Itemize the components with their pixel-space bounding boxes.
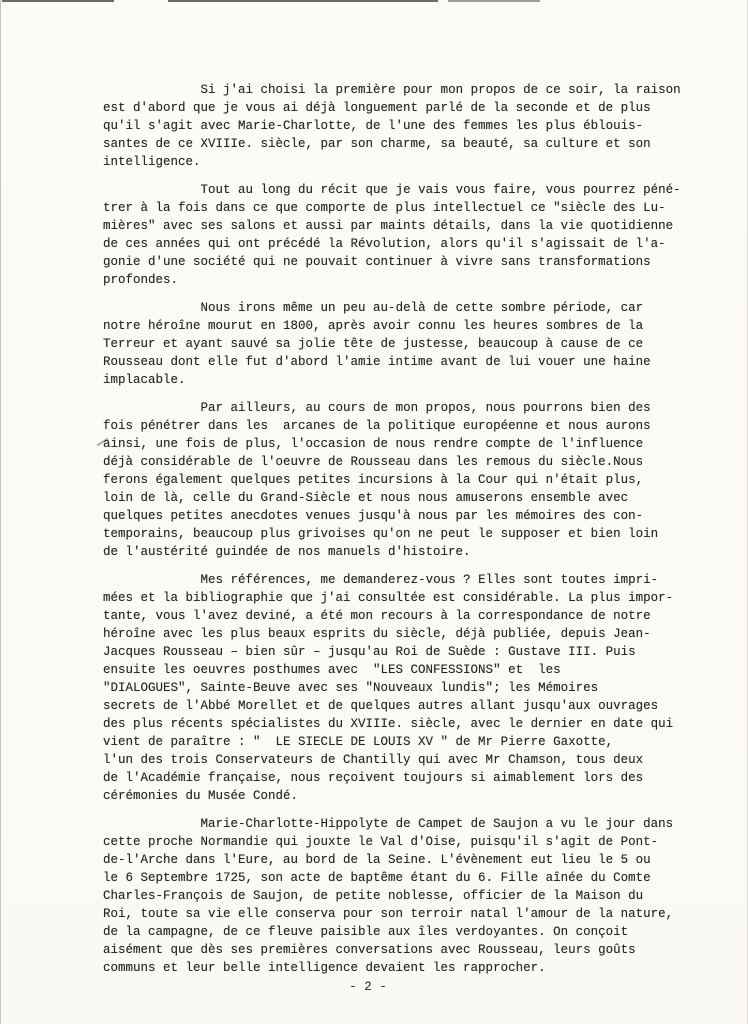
typewritten-text-block: Si j'ai choisi la première pour mon prop… [103,81,711,987]
scan-edge-artifact-top-mid [168,0,438,2]
page-number: - 2 - [103,978,633,996]
scan-edge-artifact-top-left [2,0,114,2]
paragraph-siecle-des-lumieres: Tout au long du récit que je vais vous f… [103,181,711,289]
document-page: Si j'ai choisi la première pour mon prop… [0,0,748,1024]
paragraph-politique-europeenne: Par ailleurs, au cours de mon propos, no… [103,399,711,561]
scan-edge-artifact-top-right [448,0,540,2]
paragraph-heroine-1800: Nous irons même un peu au-delà de cette … [103,299,711,389]
paragraph-intro-choice: Si j'ai choisi la première pour mon prop… [103,81,711,171]
scan-edge-artifact-left [0,0,1,1024]
paragraph-references: Mes références, me demanderez-vous ? Ell… [103,571,711,805]
paragraph-naissance-saujon: Marie-Charlotte-Hippolyte de Campet de S… [103,815,711,977]
